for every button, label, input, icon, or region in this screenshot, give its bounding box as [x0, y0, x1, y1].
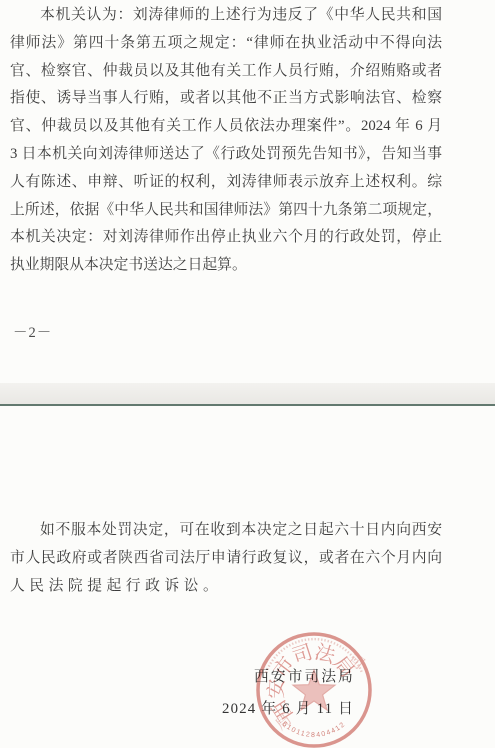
body-line: 官、仲裁员以及其他有关工作人员依法办理案件”。2024 年 6 月 — [10, 113, 442, 141]
body-line: 执业期限从本决定书送达之日起算。 — [10, 252, 442, 280]
body-line: 3 日本机关向刘涛律师送达了《行政处罚预先告知书》，告知当事 — [10, 141, 442, 169]
body-line: 人有陈述、申辩、听证的权利，刘涛律师表示放弃上述权利。综 — [10, 169, 442, 197]
decision-paragraph: 本机关认为：刘涛律师的上述行为违反了《中华人民共和国 律师法》第四十条第五项之规… — [10, 2, 442, 280]
appeal-rights-paragraph: 如不服本处罚决定，可在收到本决定之日起六十日内向西安 市人民政府或者陕西省司法厅… — [10, 517, 442, 600]
body-line: 市人民政府或者陕西省司法厅申请行政复议，或者在六个月内向 — [10, 545, 442, 573]
body-line: 指使、诱导当事人行贿，或者以其他不正当方式影响法官、检察 — [10, 85, 442, 113]
body-line: 本机关决定：对刘涛律师作出停止执业六个月的行政处罚，停止 — [10, 224, 442, 252]
body-line: 律师法》第四十条第五项之规定：“律师在执业活动中不得向法 — [10, 30, 442, 58]
body-line: 如不服本处罚决定，可在收到本决定之日起六十日内向西安 — [10, 517, 442, 545]
body-line: 官、检察官、仲裁员以及其他有关工作人员行贿，介绍贿赂或者 — [10, 58, 442, 86]
seal-graphic: 西 安 市 司 法 局 司 局 6101128404412 — [254, 630, 374, 748]
page-number: －2－ — [13, 321, 52, 342]
official-seal: 西 安 市 司 法 局 司 局 6101128404412 — [254, 630, 374, 748]
body-line: 上所述，依据《中华人民共和国律师法》第四十九条第二项规定， — [10, 197, 442, 225]
page-break-divider — [0, 383, 495, 406]
body-line: 人民法院提起行政诉讼。 — [10, 573, 442, 601]
seal-star-icon — [293, 670, 335, 710]
body-line: 本机关认为：刘涛律师的上述行为违反了《中华人民共和国 — [10, 2, 442, 30]
scanned-document-page: { "colors": { "paper": "#fcfcfa", "text"… — [0, 0, 495, 748]
